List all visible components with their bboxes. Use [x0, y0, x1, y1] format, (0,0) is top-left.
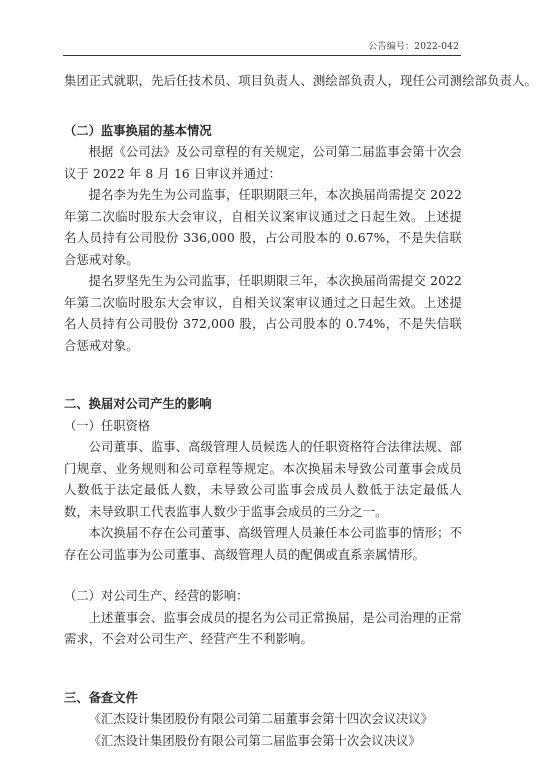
reference-document: 《汇杰设计集团股份有限公司第二届监事会第十次会议决议》 [64, 731, 462, 753]
intro-line: 集团正式就职，先后任技术员、项目负责人、测绘部负责人，现任公司测绘部负责人。 [64, 71, 462, 93]
paragraph: 提名李为先生为公司监事，任职期限三年，本次换届尚需提交 2022 年第二次临时股… [64, 185, 462, 271]
reference-document: 《汇杰设计集团股份有限公司第二届董事会第十四次会议决议》 [64, 709, 462, 731]
section-heading-supervisor-election: （二）监事换届的基本情况 [64, 121, 462, 143]
paragraph: 根据《公司法》及公司章程的有关规定，公司第二届监事会第十次会议于 2022 年 … [64, 142, 462, 185]
paragraph: 提名罗坚先生为公司监事，任职期限三年，本次换届尚需提交 2022 年第二次临时股… [64, 271, 462, 357]
subsection-heading-qualification: （一）任职资格 [64, 416, 462, 438]
paragraph: 公司董事、监事、高级管理人员候选人的任职资格符合法律法规、部门规章、业务规则和公… [64, 437, 462, 523]
header-divider [63, 55, 461, 56]
paragraph: 本次换届不存在公司董事、高级管理人员兼任本公司监事的情形；不存在公司监事为公司董… [64, 523, 462, 566]
subsection-heading-operations: （二）对公司生产、经营的影响： [64, 586, 462, 608]
section-heading-impact: 二、换届对公司产生的影响 [64, 394, 462, 416]
announcement-number: 公告编号：2022-042 [368, 39, 459, 52]
document-page: 公告编号：2022-042 集团正式就职，先后任技术员、项目负责人、测绘部负责人… [0, 0, 545, 771]
paragraph: 上述董事会、监事会成员的提名为公司正常换届，是公司治理的正常需求，不会对公司生产… [64, 608, 462, 651]
document-body: 集团正式就职，先后任技术员、项目负责人、测绘部负责人，现任公司测绘部负责人。 （… [64, 68, 462, 752]
section-heading-reference-documents: 三、备查文件 [64, 688, 462, 710]
